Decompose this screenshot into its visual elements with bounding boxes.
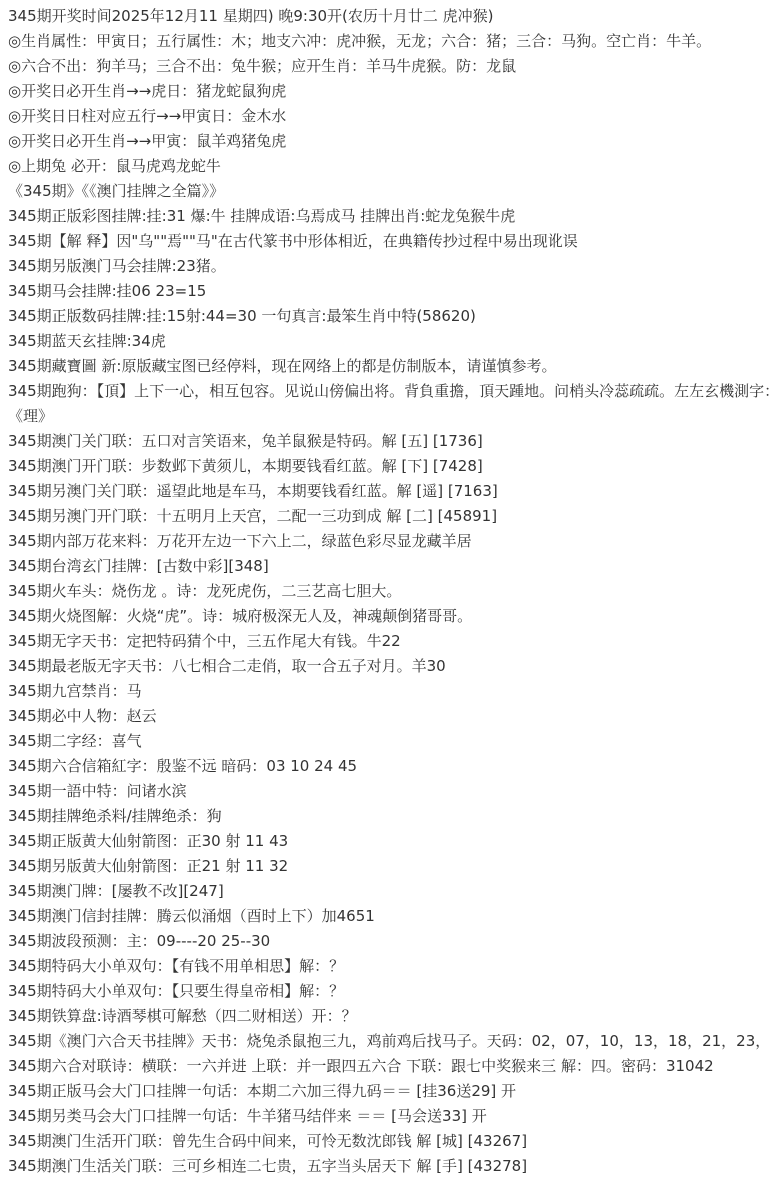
mahui-gate-phrase-line: 345期正版马会大门口挂牌一句话：本期二六加三得九码＝＝ [挂36送29] 开 bbox=[8, 1079, 769, 1104]
wuzi-tianshu-line: 345期无字天书：定把特码猜个中，三五作尾大有钱。牛22 bbox=[8, 629, 769, 654]
paogou-line-continued: 《理》 bbox=[8, 404, 769, 429]
explanation-line: 345期【解 释】因"乌""焉""马"在古代篆书中形体相近，在典籍传抄过程中易出… bbox=[8, 229, 769, 254]
mahui-guapai-line: 345期马会挂牌:挂06 23=15 bbox=[8, 279, 769, 304]
treasure-map-line: 345期藏寶圖 新:原版藏宝图已经停料，现在网络上的都是仿制版本，请谨慎参考。 bbox=[8, 354, 769, 379]
size-oddeven-phrase-line-2: 345期特码大小单双句：【只要生得皇帝相】解：？ bbox=[8, 979, 769, 1004]
internal-wanhua-line: 345期内部万花来料：万花开左边一下六上二，绿蓝色彩尽显龙藏羊居 bbox=[8, 529, 769, 554]
macau-pai-line: 345期澳门牌：[屡教不改][247] bbox=[8, 879, 769, 904]
macau-envelope-guapai-line: 345期澳门信封挂牌：腾云似涌烟（酉时上下）加4651 bbox=[8, 904, 769, 929]
jiugong-jinxiao-line: 345期九宫禁肖：马 bbox=[8, 679, 769, 704]
oldest-wuzi-tianshu-line: 345期最老版无字天书：八七相合二走俏，取一合五子对月。羊30 bbox=[8, 654, 769, 679]
macau-guapai-title: 《345期》《《澳门挂牌之全篇》》 bbox=[8, 179, 769, 204]
alt-macau-guapai-line: 345期另版澳门马会挂牌:23猪。 bbox=[8, 254, 769, 279]
huochetou-line: 345期火车头：烧伤龙 。诗：龙死虎伤，二三艺高七胆大。 bbox=[8, 579, 769, 604]
macau-life-opening-couplet-line: 345期澳门生活开门联：曾先生合码中间来，可怜无数沈郎钱 解 [城] [4326… bbox=[8, 1129, 769, 1154]
alt-mahui-gate-phrase-line: 345期另类马会大门口挂牌一句话：牛羊猪马结伴来 ＝＝ [马会送33] 开 bbox=[8, 1104, 769, 1129]
huangdaxian-archery-line: 345期正版黄大仙射箭图：正30 射 11 43 bbox=[8, 829, 769, 854]
five-elements-line: ◎开奖日日柱对应五行→→甲寅日：金木水 bbox=[8, 104, 769, 129]
digital-guapai-line: 345期正版数码挂牌:挂:15射:44=30 一句真言:最笨生肖中特(58620… bbox=[8, 304, 769, 329]
tiesuanpan-line: 345期铁算盘:诗酒琴棋可解愁（四二财相送）开：？ bbox=[8, 1004, 769, 1029]
wave-prediction-line: 345期波段预测：主：09----20 25--30 bbox=[8, 929, 769, 954]
alt-macau-closing-couplet-line: 345期另澳门关门联：遥望此地是车马，本期要钱看红蓝。解 [遥] [7163] bbox=[8, 479, 769, 504]
must-open-zodiac-tiger-line: ◎开奖日必开生肖→→虎日：猪龙蛇鼠狗虎 bbox=[8, 79, 769, 104]
erzijing-line: 345期二字经：喜气 bbox=[8, 729, 769, 754]
must-open-zodiac-jiayin-line: ◎开奖日必开生肖→→甲寅：鼠羊鸡猪兔虎 bbox=[8, 129, 769, 154]
lantianxuan-guapai-line: 345期蓝天玄挂牌:34虎 bbox=[8, 329, 769, 354]
lottery-info-document: 345期开奖时间2025年12月11 星期四) 晚9:30开(农历十月廿二 虎冲… bbox=[0, 0, 769, 1179]
guapai-juesha-line: 345期挂牌绝杀料/挂牌绝杀：狗 bbox=[8, 804, 769, 829]
official-color-chart-line: 345期正版彩图挂牌:挂:31 爆:牛 挂牌成语:乌焉成马 挂牌出肖:蛇龙兔猴牛… bbox=[8, 204, 769, 229]
liuhe-exclusion-line: ◎六合不出：狗羊马；三合不出：兔牛猴；应开生肖：羊马牛虎猴。防：龙鼠 bbox=[8, 54, 769, 79]
liuhe-mailbox-line: 345期六合信箱紅字：殷鉴不远 暗码：03 10 24 45 bbox=[8, 754, 769, 779]
taiwan-xuanmen-guapai-line: 345期台湾玄门挂牌：[古数中彩][348] bbox=[8, 554, 769, 579]
huoshao-tujie-line: 345期火烧图解：火烧“虎”。诗：城府极深无人及，神魂颠倒猪哥哥。 bbox=[8, 604, 769, 629]
size-oddeven-phrase-line-1: 345期特码大小单双句：【有钱不用单相思】解：？ bbox=[8, 954, 769, 979]
draw-time-header: 345期开奖时间2025年12月11 星期四) 晚9:30开(农历十月廿二 虎冲… bbox=[8, 4, 769, 29]
macau-life-closing-couplet-line: 345期澳门生活关门联：三可乡相连二七贵，五字当头居天下 解 [手] [4327… bbox=[8, 1154, 769, 1179]
liuhe-tianshu-guapai-line: 345期《澳门六合天书挂牌》天书：烧兔杀鼠抱三九，鸡前鸡后找马子。天码：02，0… bbox=[8, 1029, 769, 1054]
macau-opening-couplet-line: 345期澳门开门联：步数邺下黄须儿，本期要钱看红蓝。解 [下] [7428] bbox=[8, 454, 769, 479]
yiyu-zhongte-line: 345期一語中特：问诸水滨 bbox=[8, 779, 769, 804]
zodiac-attributes-line: ◎生肖属性：甲寅日；五行属性：木；地支六冲：虎冲猴，无龙；六合：猪；三合：马狗。… bbox=[8, 29, 769, 54]
liuhe-couplet-poem-line: 345期六合对联诗：横联：一六并进 上联：并一跟四五六合 下联：跟七中奖猴来三 … bbox=[8, 1054, 769, 1079]
last-issue-line: ◎上期兔 必开：鼠马虎鸡龙蛇牛 bbox=[8, 154, 769, 179]
paogou-line: 345期跑狗：【頂】上下一心，相互包容。见说山傍偏出将。背負重擔，頂天踵地。问梢… bbox=[8, 379, 769, 404]
macau-closing-couplet-line: 345期澳门关门联：五口对言笑语来，兔羊鼠猴是特码。解 [五] [1736] bbox=[8, 429, 769, 454]
alt-macau-opening-couplet-line: 345期另澳门开门联：十五明月上天宫，二配一三功到成 解 [二] [45891] bbox=[8, 504, 769, 529]
alt-huangdaxian-archery-line: 345期另版黄大仙射箭图：正21 射 11 32 bbox=[8, 854, 769, 879]
bizhong-renwu-line: 345期必中人物：赵云 bbox=[8, 704, 769, 729]
